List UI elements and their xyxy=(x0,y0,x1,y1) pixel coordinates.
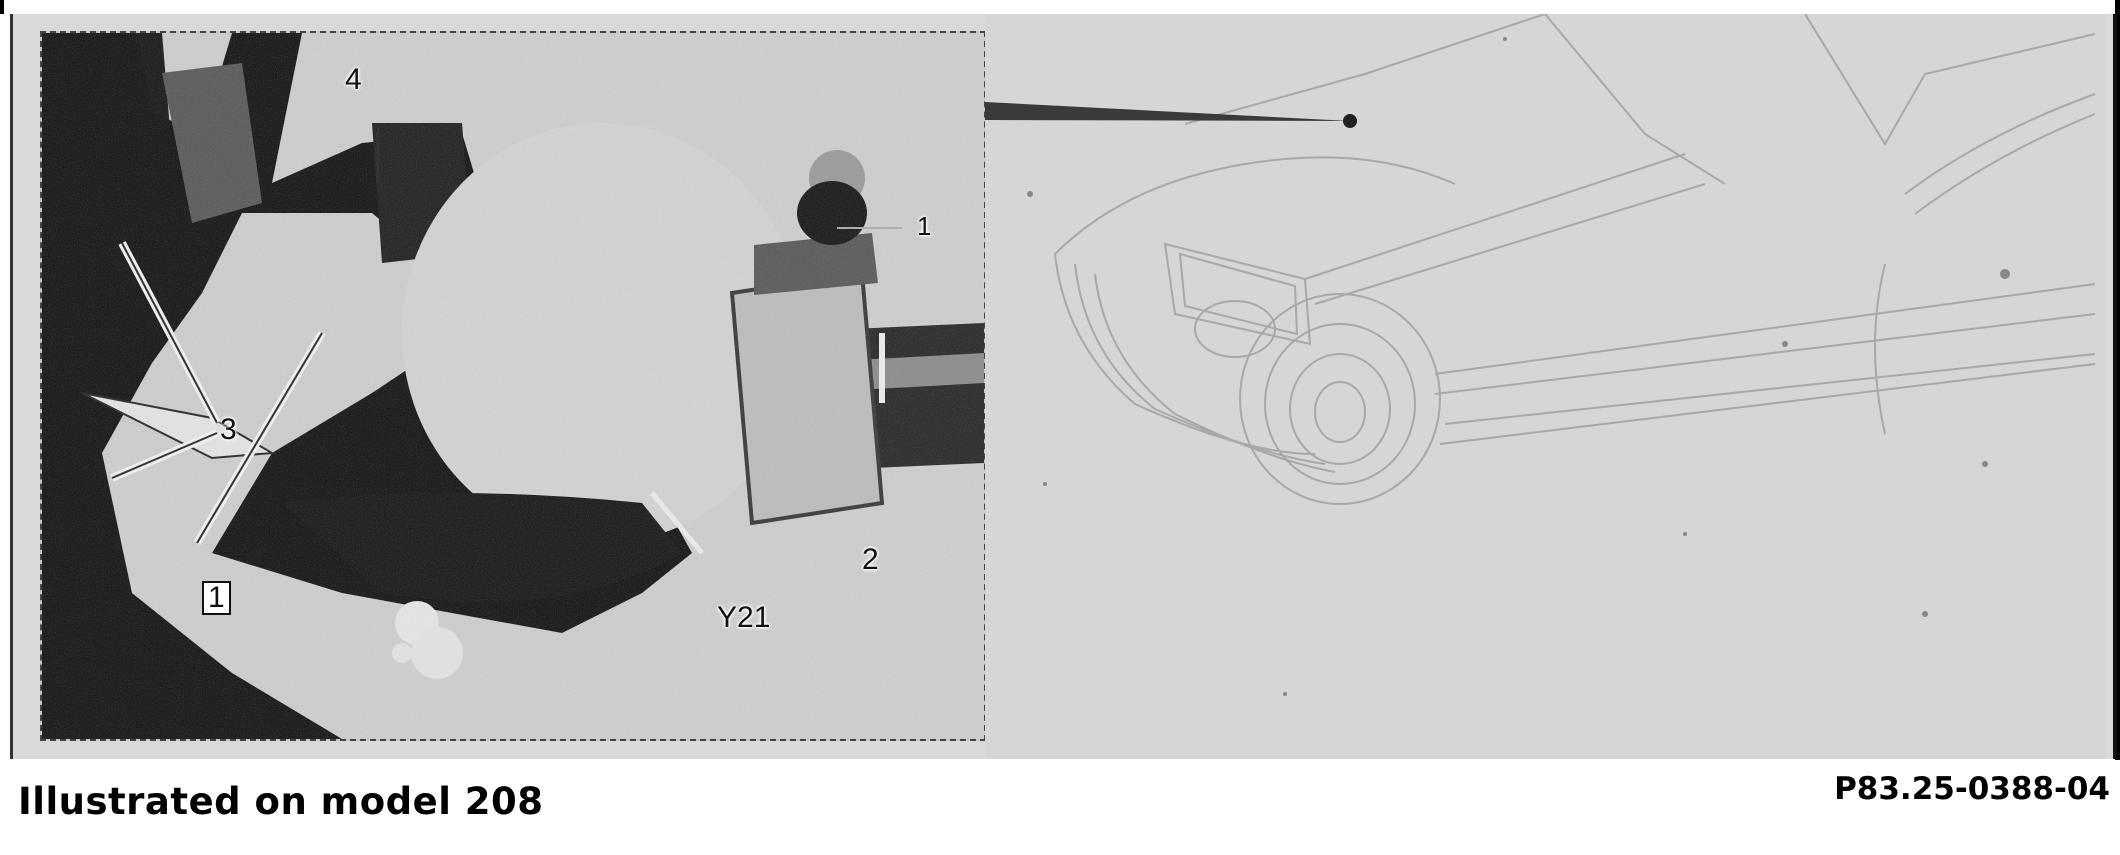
callout-2: 2 xyxy=(862,543,879,577)
vehicle-locator-drawing xyxy=(985,14,2105,759)
component-photo: 4 1 3 1 2 Y21 xyxy=(40,31,986,741)
callout-1-top: 1 xyxy=(917,211,931,242)
vehicle-outline-illustration xyxy=(985,14,2105,759)
callout-4: 4 xyxy=(345,63,362,97)
callout-3: 3 xyxy=(220,413,237,447)
callout-y21: Y21 xyxy=(717,601,770,635)
callout-1-bottom: 1 xyxy=(202,581,231,615)
scan-corner-mark xyxy=(0,0,4,14)
figure-code: P83.25-0388-04 xyxy=(1834,771,2110,807)
figure-caption: Illustrated on model 208 xyxy=(18,780,544,823)
component-photo-illustration xyxy=(42,33,984,739)
